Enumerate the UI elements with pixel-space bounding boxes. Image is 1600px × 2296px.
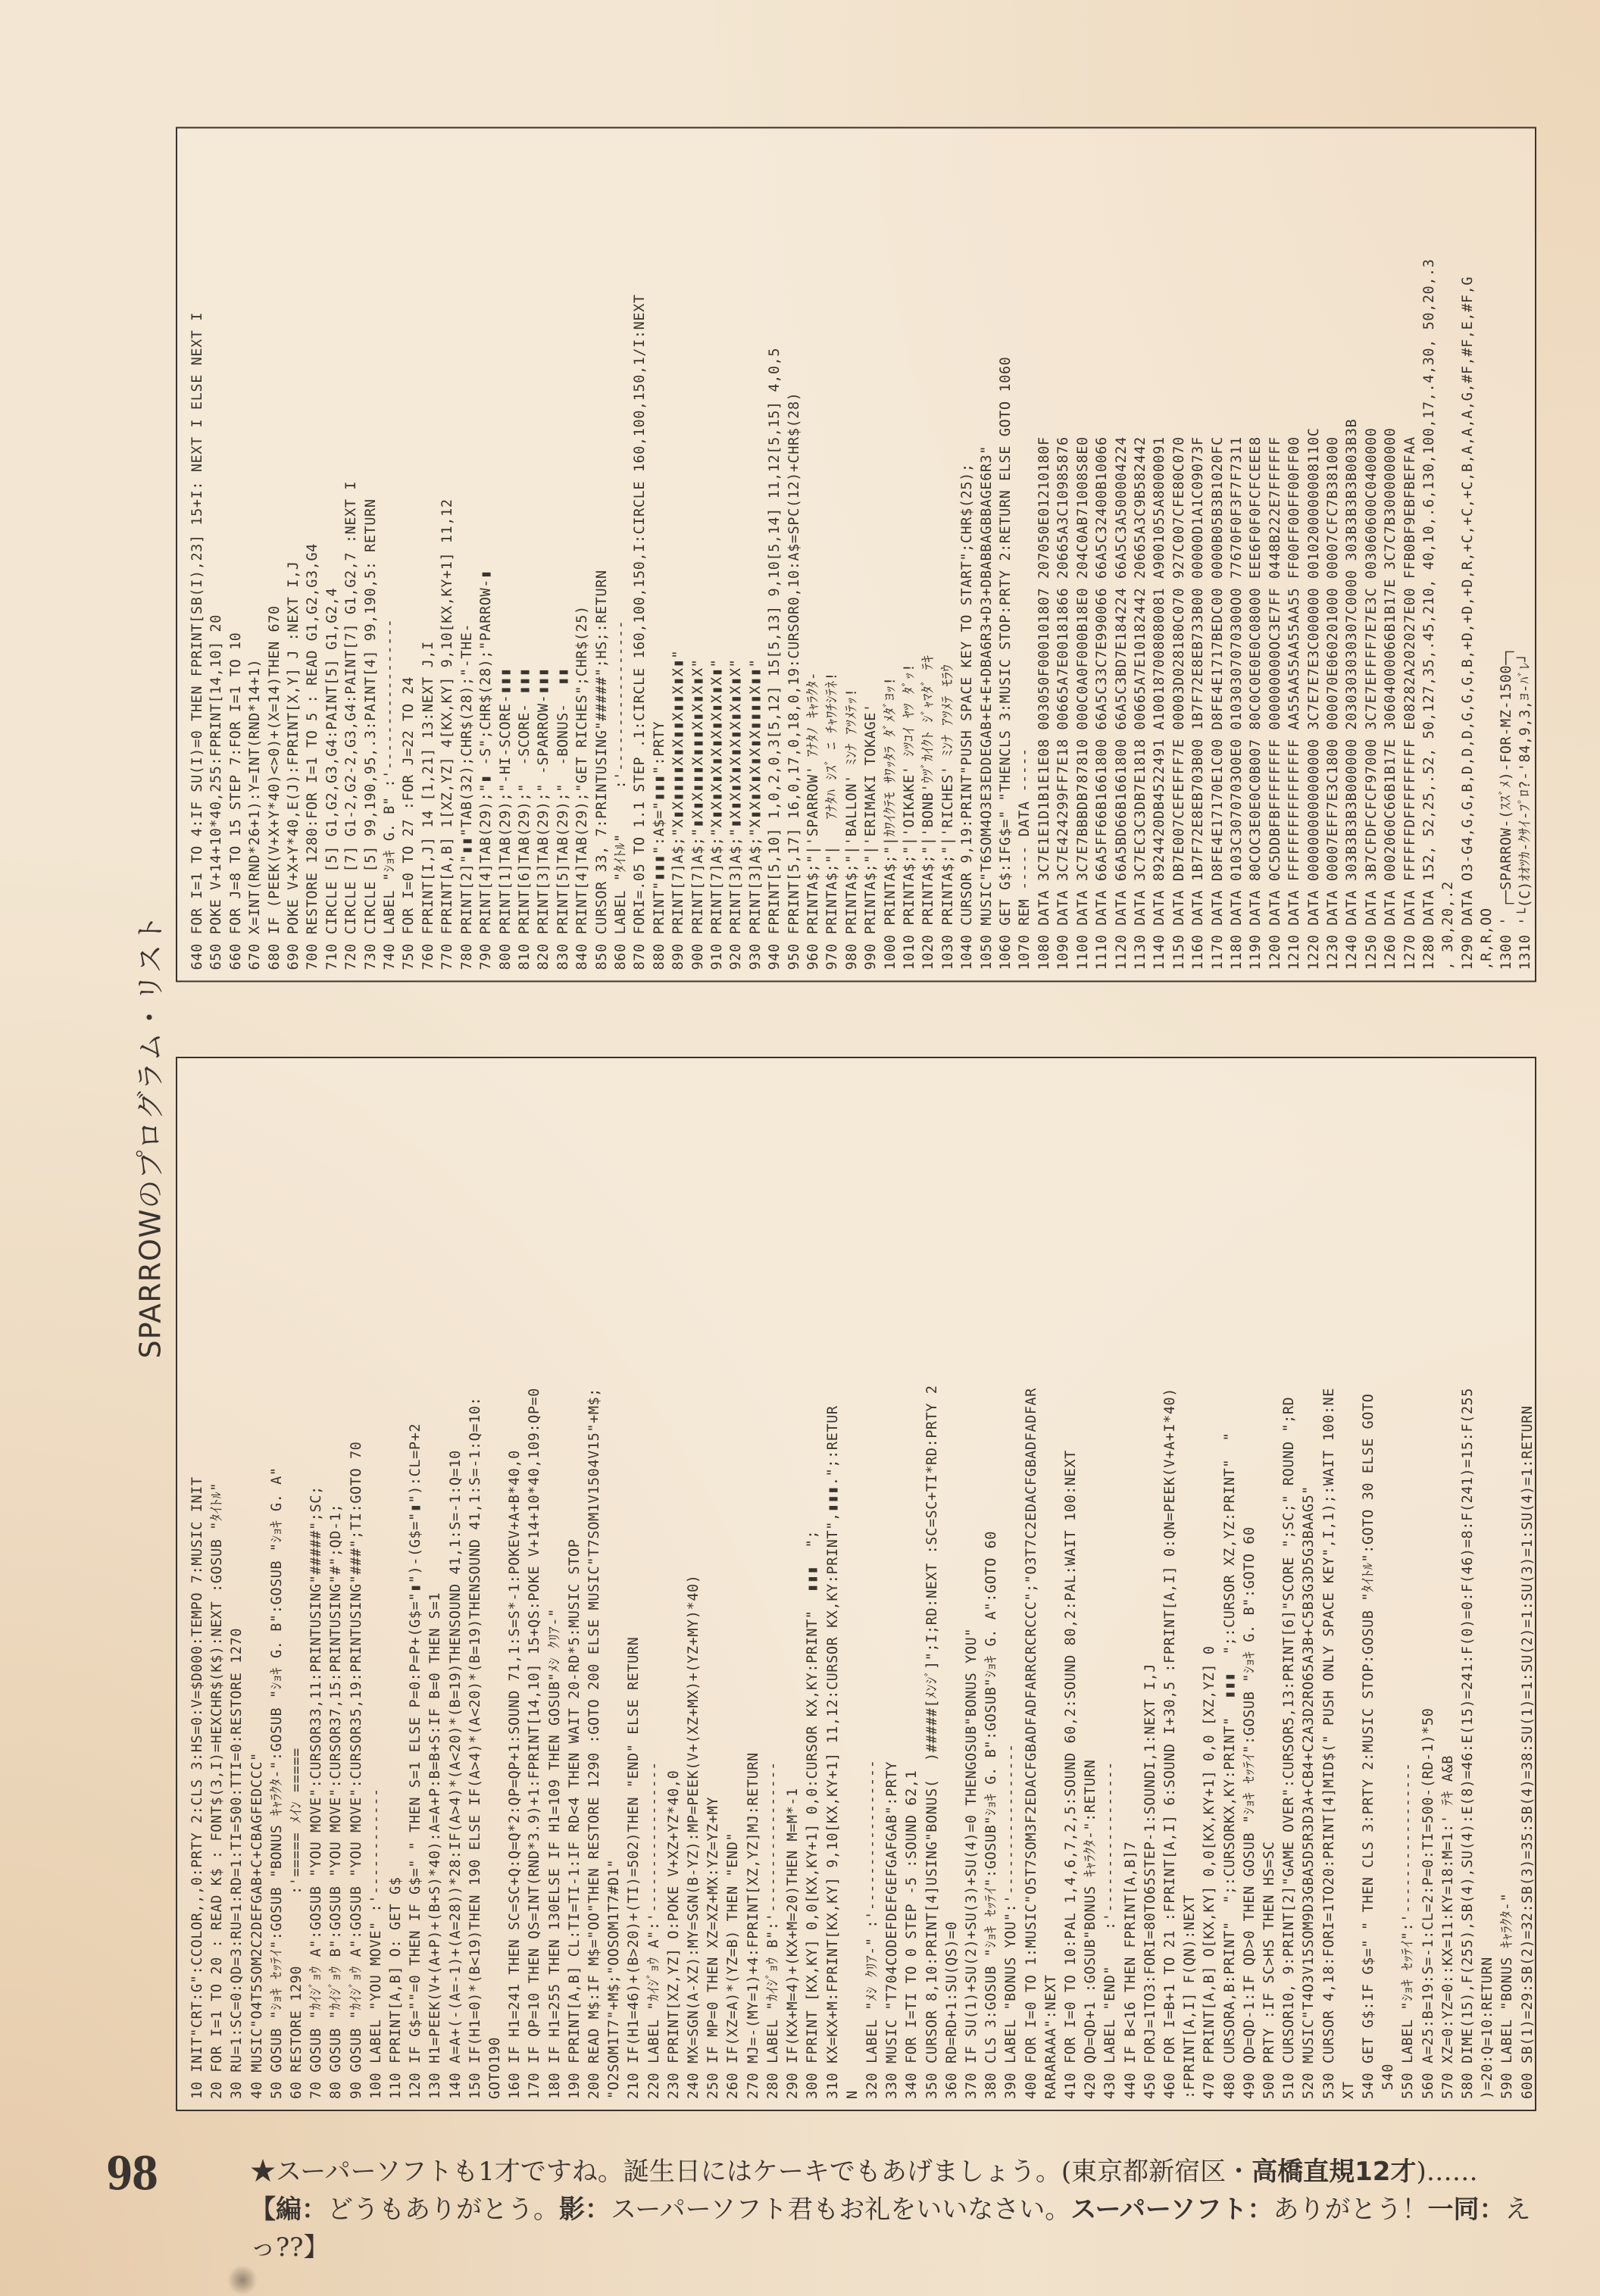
code-line: 1100 DATA 3C7E7BBBDB787810 000C0A0F000B1… bbox=[1073, 137, 1092, 970]
caption-emphasis: スーパーソフト： bbox=[1070, 2194, 1273, 2225]
code-line: 1210 DATA FFFFFFFFFFFFFFFF AA55AA55AA55A… bbox=[1285, 137, 1304, 970]
code-line: 490 QD=QD-1:IF QD>0 THEN GOSUB "ｼｮｷ ｾｯﾃｲ… bbox=[1240, 1067, 1260, 2099]
code-line: 780 PRINT[2]"▮▮"TAB(32);CHR$(28);"-THE- bbox=[458, 137, 477, 970]
code-line: 220 LABEL "ｶｲｼﾞｮｳ A":'----------------- bbox=[645, 1067, 664, 2099]
code-line: 380 CLS 3:GOSUB "ｼｮｷ ｾｯﾃｲ":GOSUB"ｼｮｷ G. … bbox=[982, 1067, 1002, 2099]
code-line: 900 PRINT[7]A$;"▮X▮X▮▮▮X▮▮▮X▮X▮X▮X" bbox=[689, 137, 708, 970]
code-line: 1020 PRINTA$;"|'BONB'ｳﾂﾞｶｲｸﾄ ｼﾞｬﾏﾀﾞ ﾃｷ bbox=[919, 137, 938, 970]
caption-emphasis: 高橋直規12才 bbox=[1252, 2157, 1416, 2187]
code-line: 360 RD=RD+1:SU(QS)=0 bbox=[942, 1067, 962, 2099]
code-line: 600 SB(1)=29:SB(2)=32:SB(3)=35:SB(4)=38:… bbox=[1518, 1067, 1536, 2099]
code-line: 260 IF(XZ=A)*(YZ=B) THEN "END" bbox=[723, 1067, 743, 2099]
code-line: 250 IF MP=0 THEN XZ=XZ+MX:YZ=YZ+MY bbox=[704, 1067, 723, 2099]
code-line: 110 FPRINT[A,B] O: GET G$ bbox=[386, 1067, 406, 2099]
code-line: 300 FPRINT [KX,KY] 0,0[KX,KY+1] 0,0:CURS… bbox=[803, 1067, 823, 2099]
caption-emphasis: 一同： bbox=[1428, 2194, 1505, 2225]
code-line: 1010 PRINTA$;"|'OIKAKE' ｼﾂｺｲ ﾔﾂ ﾀﾞｯ! bbox=[900, 137, 919, 970]
code-line: 430 LABEL "END" :'----------------- bbox=[1101, 1067, 1120, 2099]
page-number: 98 bbox=[106, 2148, 158, 2201]
code-line: 910 PRINT[7]A$;"X▮X▮X▮X▮X▮X▮X▮X▮X▮" bbox=[708, 137, 727, 970]
code-line: 10 INIT"CRT:G":CCOLOR,,,0:PRTY 2:CLS 3:H… bbox=[188, 1067, 208, 2099]
code-line: 20 FOR I=1 TO 20 : READ K$ : FONT$(3,I)=… bbox=[208, 1067, 227, 2099]
code-line: 160 IF H1=241 THEN SC=SC+Q:Q=Q*2:QP=QP+1… bbox=[505, 1067, 525, 2099]
code-line: 320 LABEL "ﾒｼ ｸﾘｱ-" :'----------------- bbox=[863, 1067, 883, 2099]
code-line: 40 MUSIC"O4T5SOM2C2DEFGAB+C+CBAGFEDCCC" bbox=[248, 1067, 267, 2099]
code-line: 870 FORI=.05 TO 1.1 STEP .1:CIRCLE 160,1… bbox=[630, 137, 649, 970]
code-line: 370 IF SU(1)+SU(2)+SU(3)+SU(4)=0 THENGOS… bbox=[962, 1067, 982, 2099]
code-line: 1180 DATA 0103C3070703O0E0 0103030707030… bbox=[1227, 137, 1246, 970]
code-line: XT bbox=[1339, 1067, 1359, 2099]
code-line: ,R,R,OO bbox=[1477, 137, 1496, 970]
caption-text: ありがとう！ bbox=[1273, 2194, 1428, 2225]
code-line: 730 CIRCLE [5] 99,190,95,.3:PAINT[4] 99,… bbox=[361, 137, 380, 970]
code-line: 960 PRINTA$;"|'SPARROW' ｱﾅﾀﾉ ｷｬﾗｸﾀ- bbox=[804, 137, 823, 970]
listing-box-left-region: 10 INIT"CRT:G":CCOLOR,,,0:PRTY 2:CLS 3:H… bbox=[176, 1057, 1536, 2111]
code-line: N bbox=[843, 1067, 863, 2099]
code-line: 1240 DATA 303B3B3B3B000000 2030303030307… bbox=[1342, 137, 1361, 970]
program-listing-part-1: 10 INIT"CRT:G":CCOLOR,,,0:PRTY 2:CLS 3:H… bbox=[176, 1057, 1536, 2111]
code-line: 290 IF(KX+M=4)+(KX+M=20)THEN M=M*-1 bbox=[783, 1067, 803, 2099]
code-line: 660 FOR J=8 TO 15 STEP 7:FOR I=1 TO 10 bbox=[227, 137, 245, 970]
code-line: 390 LABEL "BONUS YOU":'----------------- bbox=[1002, 1067, 1021, 2099]
code-line: 830 PRINT[5]TAB(29);" -BONUS- ▮▮ bbox=[554, 137, 573, 970]
code-line: 520 MUSIC"T4O3V15SOM9D3GBA5D5R3D3A+CB4+C… bbox=[1299, 1067, 1319, 2099]
code-line: 90 GOSUB "ｶｲｼﾞｮｳ A":GOSUB "YOU MOVE":CUR… bbox=[347, 1067, 367, 2099]
code-line: 810 PRINT[6]TAB(29);" -SCORE- ▮▮▮ bbox=[515, 137, 534, 970]
code-line: 580 DIME(15),F(255),SB(4),SU(4):E(8)=46:… bbox=[1458, 1067, 1478, 2099]
code-line: 120 IF G$=""=0 THEN IF G$=" " THEN S=1 E… bbox=[406, 1067, 426, 2099]
code-line: 1050 MUSIC"T6SOM4O3E3EDDEGAB+E+E+DBA6R3+… bbox=[977, 137, 996, 970]
code-line: 970 PRINTA$;"| ｱﾅﾀﾊ ｼｽﾞ ﾆ ﾁｬﾜﾁｼﾃﾈ! bbox=[823, 137, 842, 970]
code-line: 980 PRINTA$;"|'BALLON' ﾐﾝﾅ ｱﾂﾒﾃｯ! bbox=[842, 137, 861, 970]
code-line: 350 CURSOR 8,10:PRINT[4]USING"BONUS( )##… bbox=[923, 1067, 942, 2099]
code-line: 1220 DATA 0000000000000000 3C7E7E7E3C000… bbox=[1305, 137, 1323, 970]
code-line: 190 FPRINT[A,B] CL:TI=TI-1:IF RD<4 THEN … bbox=[565, 1067, 585, 2099]
code-line: 1030 PRINTA$;"|'RICHES' ﾐﾝﾅ ｱﾂﾒﾃ ﾓﾗｳ bbox=[939, 137, 958, 970]
code-line: 1310 '└(C)ｵｵﾂｶ-ｸｻｲ-ﾌﾟﾛ?-'84,9,3,ﾖ-ﾊﾞﾚ┘ bbox=[1516, 137, 1535, 970]
code-line: 140 A=A+(-(A=-1)+(A=28))*28:IF(A>4)*(A<2… bbox=[446, 1067, 466, 2099]
listing-box-right-region: 640 FOR I=1 TO 4:IF SU(I)=0 THEN FPRINT[… bbox=[176, 127, 1536, 982]
code-line: 540 GET G$:IF G$=" " THEN CLS 3:PRTY 2:M… bbox=[1359, 1067, 1379, 2099]
caption-emphasis: 【編： bbox=[250, 2194, 327, 2225]
code-line: 1040 CURSOR 9,19:PRINT"PUSH SPACE KEY TO… bbox=[958, 137, 977, 970]
code-line: 60 RESTORE 1290 :'===== ﾒｲﾝ ===== bbox=[287, 1067, 307, 2099]
code-line: 70 GOSUB "ｶｲｼﾞｮｳ A":GOSUB "YOU MOVE":CUR… bbox=[307, 1067, 327, 2099]
code-line: 1250 DATA 3B7CFDFCFCF97000 3C7E7EFFFF7E7… bbox=[1362, 137, 1381, 970]
page-title: SPARROWのプログラム・リスト bbox=[127, 914, 169, 1359]
code-line: GOTO190 bbox=[486, 1067, 505, 2099]
code-line: 270 MJ=-(MY=1)+4:FPRINT[XZ,YZ]MJ:RETURN bbox=[744, 1067, 764, 2099]
code-line: 530 CURSOR 4,18:FORI=1TO20:PRINT[4]MID$(… bbox=[1320, 1067, 1339, 2099]
code-line: 760 FPRINT[I,J] 14 [1,21] 13:NEXT J,I bbox=[419, 137, 438, 970]
code-line: 1070 REM ----- DATA ----- bbox=[1015, 137, 1034, 970]
code-line: 420 QD=QD+1 :GOSUB"BONUS ｷｬﾗｸﾀ-":RETURN bbox=[1081, 1067, 1101, 2099]
code-line: 1270 DATA FFFFFFDFFFFFFFFF E08282A202027… bbox=[1401, 137, 1420, 970]
code-line: 230 FPRINT[XZ,YZ] O:POKE V+XZ+YZ*40,0 bbox=[664, 1067, 684, 2099]
code-line: 510 CURSOR10, 9:PRINT[2]"GAME OVER":CURS… bbox=[1280, 1067, 1299, 2099]
page-title-container: SPARROWのプログラム・リスト bbox=[114, 901, 182, 1371]
code-line: 30 RU=1:SC=0:QD=3:RU=1:RD=1:TI=500:TTI=0… bbox=[227, 1067, 247, 2099]
code-line: :FPRINT[A,I] F(QN):NEXT bbox=[1180, 1067, 1200, 2099]
code-line: 680 IF (PEEK(V+X+Y*40)<>0)+(X=14)THEN 67… bbox=[265, 137, 284, 970]
code-line: 330 MUSIC "T704CODEFDEFGEFGAFGAB":PRTY bbox=[883, 1067, 902, 2099]
code-line: 550 LABEL "ｼｮｷ ｾｯﾃｲ":'----------------- bbox=[1398, 1067, 1418, 2099]
code-line: 640 FOR I=1 TO 4:IF SU(I)=0 THEN FPRINT[… bbox=[188, 137, 207, 970]
code-line: 240 MX=SGN(A-XZ):MY=SGN(B-YZ):MP=PEEK(V+… bbox=[684, 1067, 704, 2099]
code-line: 880 PRINT"▮▮▮":A$="▮▮▮":PRTY bbox=[650, 137, 669, 970]
code-line: 670 X=INT(RND*26+1):Y=INT(RND*14+1) bbox=[245, 137, 264, 970]
code-line: 700 RESTORE 1280:FOR I=1 TO 5 : READ G1,… bbox=[303, 137, 322, 970]
code-line: 770 FPRINT[A,B] 1[XZ,YZ] 4[KX,KY] 9,10[K… bbox=[438, 137, 457, 970]
code-line: 840 PRINT[4]TAB(29);"GET RICHES";CHR$(25… bbox=[573, 137, 592, 970]
code-line: 820 PRINT[3]TAB(29);" -SPARROW-▮▮▮ bbox=[534, 137, 553, 970]
code-line: 440 IF B<16 THEN FPRINT[A,B]7 bbox=[1121, 1067, 1141, 2099]
code-line: 1060 GET G$:IFG$=" "THENCLS 3:MUSIC STOP… bbox=[996, 137, 1015, 970]
code-line: 400 FOR I=0 TO 1:MUSIC"O5T7SOM3F2EDACFGB… bbox=[1022, 1067, 1042, 2099]
code-line: 1170 DATA D8FE4E17170E1C00 D8FE4E1717BED… bbox=[1208, 137, 1227, 970]
code-line: 740 LABEL "ｼｮｷ G. B" :'----------------- bbox=[380, 137, 399, 970]
code-line: 890 PRINT[7]A$;"X▮X▮▮▮▮X▮X▮▮X▮▮X▮X▮" bbox=[669, 137, 688, 970]
code-line: 50 GOSUB "ｼｮｷ ｾｯﾃｲ":GOSUB "BONUS ｷｬﾗｸﾀ-"… bbox=[267, 1067, 287, 2099]
code-line: 940 FPRINT[5,10] 1,0,2,0,3[5,12] 15[5,13… bbox=[765, 137, 784, 970]
caption-text: )…… bbox=[1416, 2157, 1477, 2187]
code-line: 800 PRINT[1]TAB(29);"-HI-SCORE-▮▮▮ bbox=[496, 137, 515, 970]
code-line: 410 FOR I=0 TO 10:PAL 1,4,6,7,2,5:SOUND … bbox=[1061, 1067, 1081, 2099]
code-line: 1260 DATA 0002060C66B1B17E 30604000066B1… bbox=[1381, 137, 1400, 970]
code-line: 170 IF QP=10 THEN QS=INT(RND*3.9)+1:FPRI… bbox=[525, 1067, 545, 2099]
code-line: 450 FORJ=1TO3:FORI=80TO65STEP-1:SOUNDI,1… bbox=[1141, 1067, 1161, 2099]
code-line: 470 FPRINT[A,B] O[KX,KY] 0,0[KX,KY+1] 0,… bbox=[1200, 1067, 1220, 2099]
code-line: )=20:Q=10:RETURN bbox=[1478, 1067, 1498, 2099]
code-line: 1280 DATA 152, 52,25,.52, 50,127,35,.45,… bbox=[1420, 137, 1439, 970]
code-line: 1230 DATA 00007EFF7E3C1800 000070E060201… bbox=[1323, 137, 1342, 970]
code-line: 950 FPRINT[5,17] 16,0,17,0,18,0,19:CURSO… bbox=[785, 137, 804, 970]
reader-letter-caption: ★スーパーソフトも1才ですね。誕生日にはケーキでもあげましょう。(東京都新宿区・… bbox=[250, 2153, 1538, 2266]
code-line: 1110 DATA 66A5FF66B1661800 66A5C33C7E990… bbox=[1092, 137, 1111, 970]
code-line: 1080 DATA 3C7E1E1D1B1E1E08 003050F000101… bbox=[1035, 137, 1054, 970]
code-line: 650 POKE V+14+10*40,255:FPRINT[14,10] 20 bbox=[207, 137, 226, 970]
code-line: 150 IF(H1=0)*(B<19)THEN 190 ELSE IF(A>4)… bbox=[466, 1067, 486, 2099]
code-line: 1190 DATA 80COC3E0E0C0B007 80C0C0E0E0C08… bbox=[1246, 137, 1265, 970]
code-line: 500 PRTY :IF SC>HS THEN HS=SC bbox=[1260, 1067, 1280, 2099]
code-line: 750 FOR I=0 TO 27 :FOR J=22 TO 24 bbox=[399, 137, 418, 970]
code-line: 920 PRINT[3]A$;"▮X▮X▮X▮X▮X▮X▮X▮X▮X" bbox=[727, 137, 745, 970]
code-line: 560 A=25:B=19:S=-1:CL=2:P=0:TI=500-(RD-1… bbox=[1419, 1067, 1439, 2099]
caption-emphasis: 影： bbox=[559, 2194, 611, 2225]
code-line: 460 FOR I=B+1 TO 21 :FPRINT[A,I] 6:SOUND… bbox=[1161, 1067, 1180, 2099]
code-line: 340 FOR I=TI TO 0 STEP -5 :SOUND 62,1 bbox=[902, 1067, 922, 2099]
code-line: 130 H1=PEEK(V+(A+P)+(B+S)*40):A=A+P:B=B+… bbox=[426, 1067, 445, 2099]
caption-text: ★スーパーソフトも1才ですね。誕生日にはケーキでもあげましょう。(東京都新宿区・ bbox=[250, 2157, 1252, 2187]
code-line: 990 PRINTA$;"|'ERIMAKI TOKAGE' bbox=[861, 137, 880, 970]
code-line: 930 PRINT[3]A$;"X▮X▮X▮X▮X▮X▮▮▮▮X▮▮" bbox=[746, 137, 765, 970]
code-line: 790 PRINT[4]TAB(29);"▮ -S";CHR$(28);"PAR… bbox=[477, 137, 495, 970]
code-line: 1290 DATA O3-G4,G,G,B,D,D,D,G,G,G,B,+D,+… bbox=[1458, 137, 1477, 970]
code-line: 1200 DATA 0C5DDBFBFFFFFFFF 000000000OC3E… bbox=[1266, 137, 1285, 970]
code-line: 100 LABEL "YOU MOVE" :'------------ bbox=[367, 1067, 386, 2099]
program-listing-part-2: 640 FOR I=1 TO 4:IF SU(I)=0 THEN FPRINT[… bbox=[176, 127, 1536, 982]
code-line: 1120 DATA 66A5BD66B1661800 66A5C3BD7E184… bbox=[1112, 137, 1131, 970]
scan-smudge bbox=[227, 2265, 258, 2295]
code-line: 850 CURSOR 33, 7:PRINTUSING"#####";HS;:R… bbox=[592, 137, 611, 970]
code-line: 180 IF H1=255 THEN 130ELSE IF H1=109 THE… bbox=[545, 1067, 565, 2099]
code-line: 1160 DATA 1B7F72E8EB703B00 1B7F72E8EB733… bbox=[1189, 137, 1208, 970]
code-line: 570 XZ=0:YZ=0::KX=11:KY=18:M=1:' ﾃｷ A&B bbox=[1439, 1067, 1458, 2099]
code-line: 690 POKE V+X+Y*40,E(J):FPRINT[X,Y] J :NE… bbox=[284, 137, 303, 970]
code-line: RARARAAA":NEXT bbox=[1042, 1067, 1061, 2099]
code-line: 1150 DATA DB7E007CEFEFFF7E 00003D028180C… bbox=[1170, 137, 1189, 970]
code-line: 710 CIRCLE [5] G1,G2,G3,G4:PAINT[5] G1,G… bbox=[323, 137, 342, 970]
caption-text: どうもありがとう。 bbox=[327, 2194, 559, 2225]
code-line: 860 LABEL "ﾀｲﾄﾙ" :'----------------- bbox=[611, 137, 630, 970]
code-line: 1300 ' ┌─SPARROW-(ｽｽﾞﾒ)-FOR-MZ-1500─┐ bbox=[1497, 137, 1516, 970]
code-line: 590 LABEL "BONUS ｷｬﾗｸﾀ-" bbox=[1498, 1067, 1517, 2099]
caption-text: スーパーソフト君もお礼をいいなさい。 bbox=[611, 2194, 1070, 2225]
code-line: 480 CURSORA,B:PRINT" ";:CURSORKX,KY:PRIN… bbox=[1220, 1067, 1240, 2099]
code-line: 200 READ M$:IF M$="OO"THEN RESTORE 1290 … bbox=[585, 1067, 605, 2099]
code-line: 1130 DATA 3C7EC3C3DB7E1818 00665A7E10182… bbox=[1131, 137, 1150, 970]
code-line: , 30,20,.2 bbox=[1439, 137, 1458, 970]
code-line: 1140 DATA 8924420DB4522491 A100187008080… bbox=[1150, 137, 1169, 970]
code-line: 540 bbox=[1379, 1067, 1398, 2099]
code-line: 1090 DATA 3C7E424299FF7E18 00665A7E00181… bbox=[1054, 137, 1073, 970]
code-line: 210 IF(H1=46)+(B>20)+(TI)=502)THEN "END"… bbox=[624, 1067, 644, 2099]
code-line: 280 LABEL "ｶｲｼﾞｮｳ B":'----------------- bbox=[764, 1067, 783, 2099]
code-line: "O2SOM1T7"+M$;"OOSOM1T7#D1" bbox=[605, 1067, 624, 2099]
code-line: 720 CIRCLE [7] G1-2,G2-2,G3,G4:PAINT[7] … bbox=[342, 137, 361, 970]
code-line: 80 GOSUB "ｶｲｼﾞｮｳ B":GOSUB "YOU MOVE":CUR… bbox=[327, 1067, 346, 2099]
code-line: 310 KX=KX+M:FPRINT[KX,KY] 9,10[KX,KY+1] … bbox=[823, 1067, 843, 2099]
code-line: 1000 PRINTA$;"|ｶﾜｲｸﾃﾓ ｻﾜｯﾀﾗ ﾀﾞﾒﾀﾞﾖｯ! bbox=[881, 137, 900, 970]
